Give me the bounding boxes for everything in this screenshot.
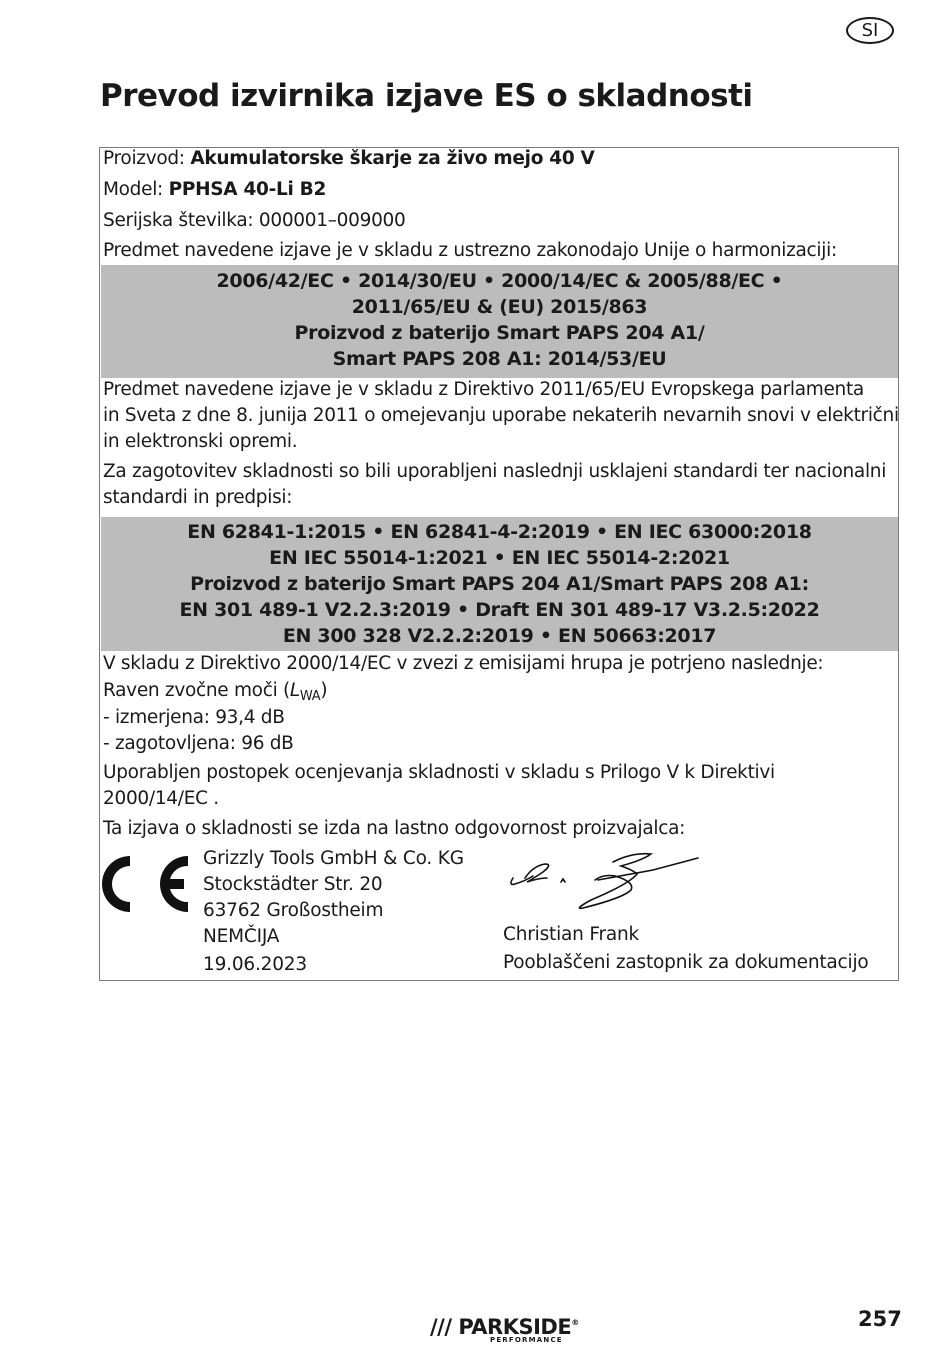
harmonization-intro: Predmet navedene izjave je v skladu z us…	[103, 240, 837, 261]
directive-line: Proizvod z baterijo Smart PAPS 204 A1/	[101, 320, 898, 346]
standard-line: EN IEC 55014-1:2021 • EN IEC 55014-2:202…	[101, 545, 898, 571]
signature-image	[503, 848, 703, 923]
directive-line: 2011/65/EU & (EU) 2015/863	[101, 294, 898, 320]
guaranteed-level: - zagotovljena: 96 dB	[103, 733, 294, 754]
manufacturer-name: Grizzly Tools GmbH & Co. KG	[203, 848, 464, 869]
procedure-line: 2000/14/EC .	[103, 788, 219, 809]
measured-level: - izmerjena: 93,4 dB	[103, 707, 285, 728]
language-badge: SI	[846, 17, 894, 44]
standard-line: Proizvod z baterijo Smart PAPS 204 A1/Sm…	[101, 571, 898, 597]
standard-line: EN 300 328 V2.2.2:2019 • EN 50663:2017	[101, 623, 898, 649]
procedure-line: Uporabljen postopek ocenjevanja skladnos…	[103, 762, 775, 783]
registered-mark: ®	[571, 1318, 579, 1327]
page-title: Prevod izvirnika izjave ES o skladnosti	[100, 78, 753, 114]
manufacturer-street: Stockstädter Str. 20	[203, 874, 383, 895]
model-line: Model: PPHSA 40-Li B2	[103, 179, 326, 200]
manufacturer-city: 63762 Großostheim	[203, 900, 383, 921]
declaration-box: Proizvod: Akumulatorske škarje za živo m…	[99, 147, 899, 981]
rohs-text-line: Predmet navedene izjave je v skladu z Di…	[103, 379, 864, 400]
noise-intro: V skladu z Direktivo 2000/14/EC v zvezi …	[103, 653, 823, 674]
serial-number: Serijska številka: 000001–009000	[103, 210, 406, 231]
parkside-logo: /// PARKSIDE® PERFORMANCE	[430, 1315, 579, 1344]
model-value: PPHSA 40-Li B2	[169, 179, 326, 200]
directive-line: 2006/42/EC • 2014/30/EU • 2000/14/EC & 2…	[101, 268, 898, 294]
sound-power-label: Raven zvočne moči (LWA)	[103, 680, 327, 704]
model-label: Model:	[103, 179, 169, 200]
product-label: Proizvod:	[103, 148, 190, 169]
responsibility-statement: Ta izjava o skladnosti se izda na lastno…	[103, 818, 685, 839]
product-value: Akumulatorske škarje za živo mejo 40 V	[190, 148, 594, 169]
rohs-text-line: in elektronski opremi.	[103, 431, 297, 452]
standards-intro-line: Za zagotovitev skladnosti so bili uporab…	[103, 461, 886, 482]
directives-band: 2006/42/EC • 2014/30/EU • 2000/14/EC & 2…	[101, 265, 898, 378]
signatory-role: Pooblaščeni zastopnik za dokumentacijo	[503, 952, 869, 973]
declaration-date: 19.06.2023	[203, 954, 307, 975]
standards-intro-line: standardi in predpisi:	[103, 487, 292, 508]
product-line: Proizvod: Akumulatorske škarje za živo m…	[103, 148, 595, 169]
standard-line: EN 301 489-1 V2.2.3:2019 • Draft EN 301 …	[101, 597, 898, 623]
directive-line: Smart PAPS 208 A1: 2014/53/EU	[101, 346, 898, 372]
ce-mark-icon	[100, 852, 192, 916]
sound-power-text: Raven zvočne moči (	[103, 680, 290, 701]
signatory-name: Christian Frank	[503, 924, 639, 945]
standard-line: EN 62841-1:2015 • EN 62841-4-2:2019 • EN…	[101, 519, 898, 545]
manufacturer-country: NEMČIJA	[203, 926, 279, 947]
sound-power-close: )	[320, 680, 327, 701]
page-number: 257	[858, 1307, 902, 1331]
standards-band: EN 62841-1:2015 • EN 62841-4-2:2019 • EN…	[101, 517, 898, 651]
sound-power-subscript: WA	[300, 689, 320, 704]
rohs-text-line: in Sveta z dne 8. junija 2011 o omejevan…	[103, 405, 899, 426]
sound-power-symbol: L	[290, 680, 300, 701]
